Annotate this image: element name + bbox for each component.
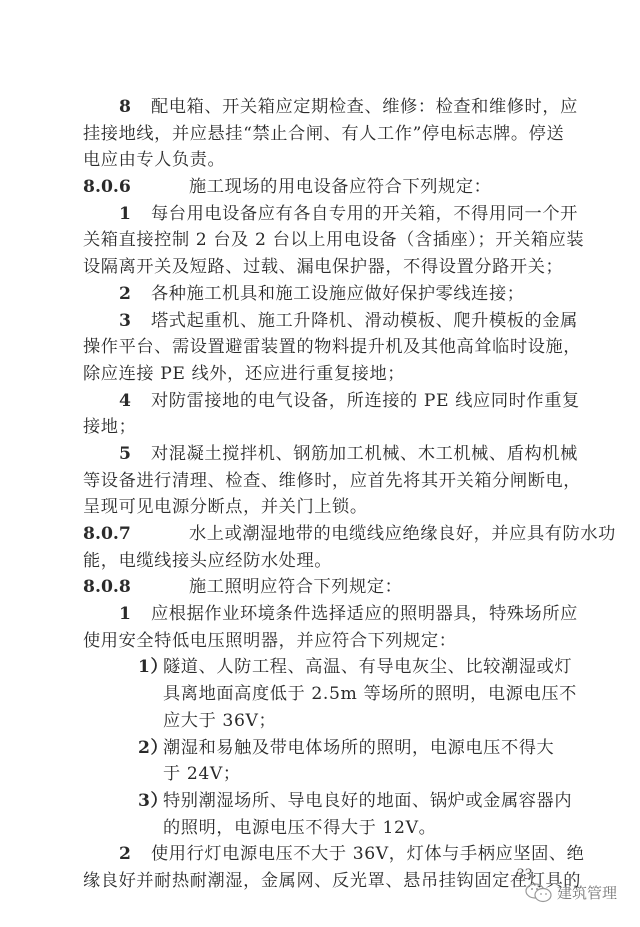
item-number: 1 bbox=[119, 201, 151, 228]
line-text: 每台用电设备应有各自专用的开关箱，不得用同一个开 bbox=[151, 204, 578, 224]
line-text: 施工现场的用电设备应符合下列规定： bbox=[189, 177, 491, 197]
text-line: 3塔式起重机、施工升降机、滑动模板、爬升模板的金属 bbox=[83, 308, 563, 335]
line-text: 隧道、人防工程、高温、有导电灰尘、比较潮湿或灯 bbox=[163, 657, 572, 677]
text-line: 8.0.6施工现场的用电设备应符合下列规定： bbox=[83, 174, 563, 201]
wechat-icon bbox=[525, 883, 553, 903]
text-line: 1应根据作业环境条件选择适应的照明器具，特殊场所应 bbox=[83, 601, 563, 628]
text-line: 关箱直接控制 2 台及 2 台以上用电设备（含插座）；开关箱应装 bbox=[83, 227, 563, 254]
line-text: 各种施工机具和施工设施应做好保护零线连接； bbox=[151, 284, 525, 304]
line-text: 配电箱、开关箱应定期检查、维修：检查和维修时，应 bbox=[151, 97, 578, 117]
text-line: 具离地面高度低于 2.5m 等场所的照明，电源电压不 bbox=[83, 681, 563, 708]
text-line: 5对混凝土搅拌机、钢筋加工机械、木工机械、盾构机械 bbox=[83, 441, 563, 468]
text-line: 等设备进行清理、检查、维修时，应首先将其开关箱分闸断电， bbox=[83, 468, 563, 495]
line-text: 使用行灯电源电压不大于 36V，灯体与手柄应坚固、绝 bbox=[151, 844, 584, 864]
body-text: 8配电箱、开关箱应定期检查、维修：检查和维修时，应挂接地线，并应悬挂“禁止合闸、… bbox=[83, 94, 563, 895]
text-line: 2使用行灯电源电压不大于 36V，灯体与手柄应坚固、绝 bbox=[83, 841, 563, 868]
line-text: 于 24V； bbox=[163, 764, 241, 784]
subitem-number: 1） bbox=[138, 654, 163, 681]
line-text: 操作平台、需设置避雷装置的物料提升机及其他高耸临时设施， bbox=[83, 337, 581, 357]
item-number: 2 bbox=[119, 841, 151, 868]
document-page: 8配电箱、开关箱应定期检查、维修：检查和维修时，应挂接地线，并应悬挂“禁止合闸、… bbox=[0, 0, 640, 927]
watermark-label: 建筑管理 bbox=[557, 882, 617, 903]
line-text: 应大于 36V； bbox=[163, 711, 276, 731]
line-text: 接地； bbox=[83, 417, 136, 437]
text-line: 2各种施工机具和施工设施应做好保护零线连接； bbox=[83, 281, 563, 308]
text-line: 1）隧道、人防工程、高温、有导电灰尘、比较潮湿或灯 bbox=[83, 654, 563, 681]
line-text: 挂接地线，并应悬挂“禁止合闸、有人工作”停电标志牌。停送 bbox=[83, 124, 564, 144]
text-line: 能，电缆线接头应经防水处理。 bbox=[83, 548, 563, 575]
text-line: 8.0.7水上或潮湿地带的电缆线应绝缘良好，并应具有防水功 bbox=[83, 521, 563, 548]
item-number: 1 bbox=[119, 601, 151, 628]
item-number: 8 bbox=[119, 94, 151, 121]
text-line: 设隔离开关及短路、过载、漏电保护器，不得设置分路开关； bbox=[83, 254, 563, 281]
line-text: 水上或潮湿地带的电缆线应绝缘良好，并应具有防水功 bbox=[189, 524, 616, 544]
item-number: 5 bbox=[119, 441, 151, 468]
line-text: 对防雷接地的电气设备，所连接的 PE 线应同时作重复 bbox=[151, 391, 580, 411]
watermark: 建筑管理 bbox=[525, 882, 617, 903]
item-number: 4 bbox=[119, 388, 151, 415]
text-line: 于 24V； bbox=[83, 761, 563, 788]
line-text: 塔式起重机、施工升降机、滑动模板、爬升模板的金属 bbox=[151, 311, 578, 331]
text-line: 呈现可见电源分断点，并关门上锁。 bbox=[83, 494, 563, 521]
text-line: 应大于 36V； bbox=[83, 708, 563, 735]
text-line: 电应由专人负责。 bbox=[83, 147, 563, 174]
line-text: 使用安全特低电压照明器，并应符合下列规定： bbox=[83, 631, 457, 651]
line-text: 电应由专人负责。 bbox=[83, 150, 225, 170]
text-line: 4对防雷接地的电气设备，所连接的 PE 线应同时作重复 bbox=[83, 388, 563, 415]
section-number: 8.0.6 bbox=[83, 174, 189, 201]
line-text: 的照明，电源电压不得大于 12V。 bbox=[163, 818, 436, 838]
line-text: 施工照明应符合下列规定： bbox=[189, 577, 402, 597]
line-text: 潮湿和易触及带电体场所的照明，电源电压不得大 bbox=[163, 738, 554, 758]
line-text: 对混凝土搅拌机、钢筋加工机械、木工机械、盾构机械 bbox=[151, 444, 578, 464]
line-text: 应根据作业环境条件选择适应的照明器具，特殊场所应 bbox=[151, 604, 578, 624]
text-line: 3）特别潮湿场所、导电良好的地面、锅炉或金属容器内 bbox=[83, 788, 563, 815]
text-line: 8配电箱、开关箱应定期检查、维修：检查和维修时，应 bbox=[83, 94, 563, 121]
line-text: 除应连接 PE 线外，还应进行重复接地； bbox=[83, 364, 405, 384]
line-text: 呈现可见电源分断点，并关门上锁。 bbox=[83, 497, 368, 517]
item-number: 2 bbox=[119, 281, 151, 308]
text-line: 的照明，电源电压不得大于 12V。 bbox=[83, 815, 563, 842]
text-line: 除应连接 PE 线外，还应进行重复接地； bbox=[83, 361, 563, 388]
subitem-number: 3） bbox=[138, 788, 163, 815]
text-line: 1每台用电设备应有各自专用的开关箱，不得用同一个开 bbox=[83, 201, 563, 228]
text-line: 挂接地线，并应悬挂“禁止合闸、有人工作”停电标志牌。停送 bbox=[83, 121, 563, 148]
text-line: 8.0.8施工照明应符合下列规定： bbox=[83, 574, 563, 601]
line-text: 特别潮湿场所、导电良好的地面、锅炉或金属容器内 bbox=[163, 791, 572, 811]
section-number: 8.0.7 bbox=[83, 521, 189, 548]
text-line: 操作平台、需设置避雷装置的物料提升机及其他高耸临时设施， bbox=[83, 334, 563, 361]
text-line: 缘良好并耐热耐潮湿，金属网、反光罩、悬吊挂钩固定在灯具的 bbox=[83, 868, 563, 895]
line-text: 缘良好并耐热耐潮湿，金属网、反光罩、悬吊挂钩固定在灯具的 bbox=[83, 871, 581, 891]
text-line: 2）潮湿和易触及带电体场所的照明，电源电压不得大 bbox=[83, 735, 563, 762]
text-line: 接地； bbox=[83, 414, 563, 441]
item-number: 3 bbox=[119, 308, 151, 335]
line-text: 等设备进行清理、检查、维修时，应首先将其开关箱分闸断电， bbox=[83, 471, 581, 491]
line-text: 能，电缆线接头应经防水处理。 bbox=[83, 551, 332, 571]
line-text: 关箱直接控制 2 台及 2 台以上用电设备（含插座）；开关箱应装 bbox=[83, 230, 584, 250]
line-text: 设隔离开关及短路、过载、漏电保护器，不得设置分路开关； bbox=[83, 257, 563, 277]
line-text: 具离地面高度低于 2.5m 等场所的照明，电源电压不 bbox=[163, 684, 577, 704]
section-number: 8.0.8 bbox=[83, 574, 189, 601]
subitem-number: 2） bbox=[138, 735, 163, 762]
text-line: 使用安全特低电压照明器，并应符合下列规定： bbox=[83, 628, 563, 655]
